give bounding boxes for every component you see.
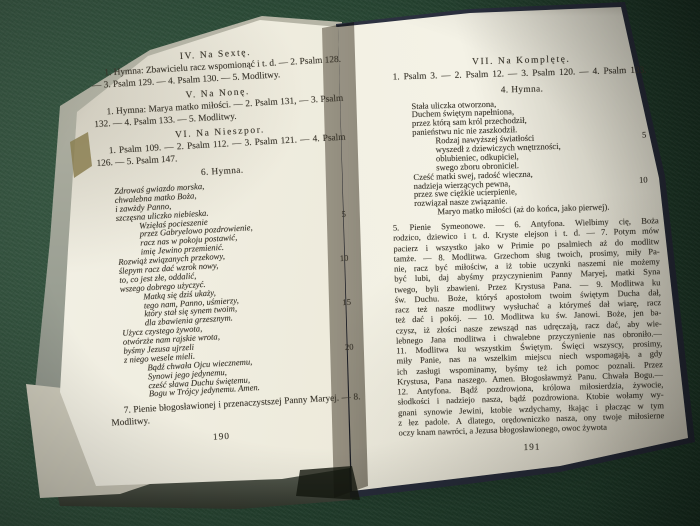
hymn-verse-left: Zdrowaś gwiazdo morska, chwalebna matko … [114,174,356,400]
verse-number: 5 [642,131,647,140]
hymn-verse-right: Stała uliczka otworzona, Duchem świętym … [411,95,648,217]
left-page-text: IV. Na Sextę. 1. Hymna: Zbawicielu racz … [90,39,362,449]
prose-block: 5. Pienie Symeonowe. — 6. Antyfona. Wiel… [393,215,665,438]
right-page-text: VII. Na Komplętę. 1. Psalm 3. — 2. Psalm… [388,48,665,457]
book-photo-scene: IV. Na Sextę. 1. Hymna: Zbawicielu racz … [0,0,700,526]
verse-number: 10 [639,175,648,184]
verse-number: 5 [341,209,346,218]
